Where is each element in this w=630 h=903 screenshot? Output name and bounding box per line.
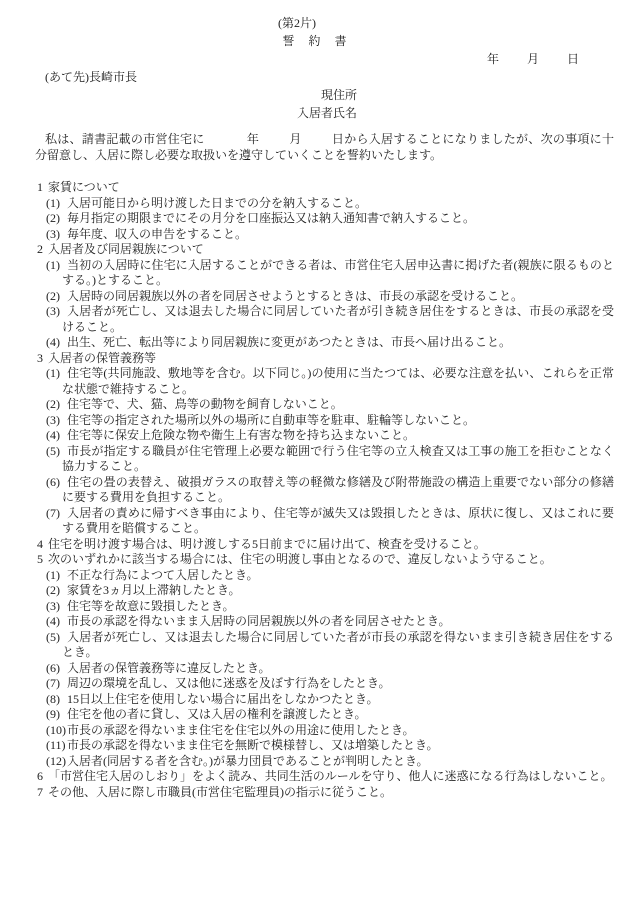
term-subitem-text: 入居者の保管義務等に違反したとき。	[67, 661, 271, 675]
term-subitem-number: (10)	[46, 723, 67, 739]
term-section-heading: 1家賃について	[37, 180, 614, 196]
term-section-number: 6	[37, 769, 48, 785]
term-subitem: (6)入居者の保管義務等に違反したとき。	[46, 661, 614, 677]
term-section-text: その他、入居に際し市職員(市営住宅監理員)の指示に従うこと。	[48, 785, 392, 799]
term-subitem: (11)市長の承認を得ないまま住宅を無断で模様替し、又は増築したとき。	[46, 738, 614, 754]
term-subitem-text: 出生、死亡、転出等により同居親族に変更があつたときは、市長へ届け出ること。	[67, 335, 511, 349]
term-subitem: (8)15日以上住宅を使用しない場合に届出をしなかつたとき。	[46, 692, 614, 708]
terms-list: 1家賃について (1)入居可能日から明け渡した日までの分を納入すること。 (2)…	[0, 180, 630, 800]
date-year-label: 年	[487, 50, 499, 68]
intro-day-label: 日	[332, 132, 345, 146]
current-address-label: 現住所	[0, 86, 357, 104]
term-subitem-number: (1)	[46, 568, 67, 584]
term-subitem-text: 市長の承認を得ないまま入居時の同居親族以外の者を同居させたとき。	[67, 614, 451, 628]
term-subitem-text: 住宅等で、犬、猫、鳥等の動物を飼育しないこと。	[67, 397, 343, 411]
term-subitem-text: 住宅の畳の表替え、破損ガラスの取替え等の軽微な修繕及び附帯施設の構造上重要でない…	[62, 475, 614, 505]
term-subitem-text: 周辺の環境を乱し、又は他に迷惑を及ぼす行為をしたとき。	[67, 676, 391, 690]
term-subitem-text: 毎月指定の期限までにその月分を口座振込又は納入通知書で納入すること。	[67, 211, 475, 225]
term-subitem-number: (3)	[46, 413, 67, 429]
term-subitem: (3)毎年度、収入の申告をすること。	[46, 227, 614, 243]
term-section-number: 1	[37, 180, 48, 196]
intro-paragraph: 私は、請書記載の市営住宅に年月日から入居することになりましたが、次の事項に十分留…	[35, 132, 614, 163]
term-subitem-number: (1)	[46, 258, 67, 274]
term-section-number: 5	[37, 552, 48, 568]
date-month-label: 月	[527, 50, 539, 68]
term-subitem-number: (1)	[46, 196, 67, 212]
term-section-heading: 5次のいずれかに該当する場合には、住宅の明渡し事由となるので、違反しないよう守る…	[37, 552, 614, 568]
term-subitem-number: (3)	[46, 227, 67, 243]
term-subitem: (9)住宅を他の者に貸し、又は入居の権利を譲渡したとき。	[46, 707, 614, 723]
term-subitem-number: (1)	[46, 366, 67, 382]
term-section-number: 2	[37, 242, 48, 258]
term-subitem-text: 入居者が死亡し、又は退去した場合に同居していた者が市長の承認を得ないまま引き続き…	[62, 630, 614, 660]
term-subitem-number: (7)	[46, 676, 67, 692]
term-section-number: 7	[37, 785, 48, 801]
term-subitem: (2)住宅等で、犬、猫、鳥等の動物を飼育しないこと。	[46, 397, 614, 413]
intro-year-label: 年	[247, 132, 260, 146]
term-subitem-text: 家賃を3ヵ月以上滞納したとき。	[67, 583, 241, 597]
term-section-heading: 3入居者の保管義務等	[37, 351, 614, 367]
term-subitem-text: 市長が指定する職員が住宅管理上必要な範囲で行う住宅等の立入検査又は工事の施工を拒…	[62, 444, 614, 474]
term-subitem: (3)住宅等の指定された場所以外の場所に自動車等を駐車、駐輪等しないこと。	[46, 413, 614, 429]
pledge-document-page: (第2片) 誓 約 書 年 月 日 (あて先)長崎市長 現住所 入居者氏名 私は…	[0, 0, 630, 903]
term-subitem-number: (4)	[46, 428, 67, 444]
sheet-number-label: (第2片)	[0, 14, 612, 32]
term-subitem: (4)市長の承認を得ないまま入居時の同居親族以外の者を同居させたとき。	[46, 614, 614, 630]
date-day-label: 日	[567, 50, 579, 68]
term-subitem-text: 入居時の同居親族以外の者を同居させようとするときは、市長の承認を受けること。	[67, 289, 523, 303]
term-subitem-text: 住宅等の指定された場所以外の場所に自動車等を駐車、駐輪等しないこと。	[67, 413, 475, 427]
term-subitem: (6)住宅の畳の表替え、破損ガラスの取替え等の軽微な修繕及び附帯施設の構造上重要…	[46, 475, 614, 506]
term-subitem-number: (5)	[46, 630, 67, 646]
term-section-text: 入居者の保管義務等	[48, 351, 156, 365]
term-section-heading: 2入居者及び同居親族について	[37, 242, 614, 258]
intro-month-label: 月	[289, 132, 302, 146]
term-subitem: (5)入居者が死亡し、又は退去した場合に同居していた者が市長の承認を得ないまま引…	[46, 630, 614, 661]
term-subitem-text: 当初の入居時に住宅に入居することができる者は、市営住宅入居申込書に掲げた者(親族…	[62, 258, 614, 288]
term-subitem-number: (2)	[46, 211, 67, 227]
term-subitem-text: 住宅等に保安上危険な物や衛生上有害な物を持ち込まないこと。	[67, 428, 415, 442]
term-subitem-number: (8)	[46, 692, 67, 708]
term-subitem-text: 入居者(同居する者を含む。)が暴力団員であることが判明したとき。	[67, 754, 429, 768]
term-section-text: 家賃について	[48, 180, 120, 194]
term-subitem: (10)市長の承認を得ないまま住宅を住宅以外の用途に使用したとき。	[46, 723, 614, 739]
resident-name-label: 入居者氏名	[0, 104, 357, 122]
intro-text-before: 私は、請書記載の市営住宅に	[45, 132, 205, 146]
term-subitem: (1)住宅等(共同施設、敷地等を含む。以下同じ。)の使用に当たつては、必要な注意…	[46, 366, 614, 397]
term-subitem-number: (11)	[46, 738, 67, 754]
term-subitem-text: 住宅等(共同施設、敷地等を含む。以下同じ。)の使用に当たつては、必要な注意を払い…	[62, 366, 614, 396]
term-section-heading: 6「市営住宅入居のしおり」をよく読み、共同生活のルールを守り、他人に迷惑になる行…	[37, 769, 614, 785]
term-subitem-text: 市長の承認を得ないまま住宅を無断で模様替し、又は増築したとき。	[67, 738, 439, 752]
term-section-text: 「市営住宅入居のしおり」をよく読み、共同生活のルールを守り、他人に迷惑になる行為…	[48, 769, 612, 783]
date-line: 年 月 日	[0, 50, 579, 68]
term-subitem: (2)家賃を3ヵ月以上滞納したとき。	[46, 583, 614, 599]
term-subitem: (4)出生、死亡、転出等により同居親族に変更があつたときは、市長へ届け出ること。	[46, 335, 614, 351]
term-subitem: (3)入居者が死亡し、又は退去した場合に同居していた者が引き続き居住をするときは…	[46, 304, 614, 335]
term-subitem: (7)入居者の責めに帰すべき事由により、住宅等が滅失又は毀損したときは、原状に復…	[46, 506, 614, 537]
term-subitem: (5)市長が指定する職員が住宅管理上必要な範囲で行う住宅等の立入検査又は工事の施…	[46, 444, 614, 475]
term-subitem-number: (9)	[46, 707, 67, 723]
term-subitem-text: 入居者の責めに帰すべき事由により、住宅等が滅失又は毀損したときは、原状に復し、又…	[62, 506, 614, 536]
term-section-text: 次のいずれかに該当する場合には、住宅の明渡し事由となるので、違反しないよう守るこ…	[48, 552, 552, 566]
document-header: (第2片) 誓 約 書 年 月 日 (あて先)長崎市長 現住所 入居者氏名	[0, 14, 630, 122]
applicant-fields: 現住所 入居者氏名	[0, 86, 357, 122]
term-subitem-text: 住宅等を故意に毀損したとき。	[67, 599, 235, 613]
term-subitem-text: 毎年度、収入の申告をすること。	[67, 227, 247, 241]
term-subitem: (2)入居時の同居親族以外の者を同居させようとするときは、市長の承認を受けること…	[46, 289, 614, 305]
term-subitem-number: (6)	[46, 661, 67, 677]
term-subitem-number: (6)	[46, 475, 67, 491]
addressee-line: (あて先)長崎市長	[45, 68, 630, 86]
term-section-number: 4	[37, 537, 48, 553]
term-subitem-number: (2)	[46, 583, 67, 599]
term-subitem-number: (2)	[46, 397, 67, 413]
term-subitem-text: 不正な行為によつて入居したとき。	[67, 568, 259, 582]
term-subitem-text: 15日以上住宅を使用しない場合に届出をしなかつたとき。	[67, 692, 379, 706]
term-section-text: 入居者及び同居親族について	[48, 242, 204, 256]
term-subitem-text: 住宅を他の者に貸し、又は入居の権利を譲渡したとき。	[67, 707, 367, 721]
term-subitem: (12)入居者(同居する者を含む。)が暴力団員であることが判明したとき。	[46, 754, 614, 770]
term-subitem-number: (5)	[46, 444, 67, 460]
term-subitem: (7)周辺の環境を乱し、又は他に迷惑を及ぼす行為をしたとき。	[46, 676, 614, 692]
term-subitem: (4)住宅等に保安上危険な物や衛生上有害な物を持ち込まないこと。	[46, 428, 614, 444]
term-subitem-text: 入居可能日から明け渡した日までの分を納入すること。	[67, 196, 367, 210]
term-subitem: (1)不正な行為によつて入居したとき。	[46, 568, 614, 584]
document-title: 誓 約 書	[0, 32, 630, 50]
term-subitem-number: (4)	[46, 335, 67, 351]
term-subitem-number: (2)	[46, 289, 67, 305]
term-subitem-text: 市長の承認を得ないまま住宅を住宅以外の用途に使用したとき。	[67, 723, 415, 737]
term-subitem: (1)入居可能日から明け渡した日までの分を納入すること。	[46, 196, 614, 212]
term-subitem: (3)住宅等を故意に毀損したとき。	[46, 599, 614, 615]
term-section-text: 住宅を明け渡す場合は、明け渡しする5日前までに届け出て、検査を受けること。	[48, 537, 486, 551]
term-subitem-number: (3)	[46, 599, 67, 615]
term-subitem: (2)毎月指定の期限までにその月分を口座振込又は納入通知書で納入すること。	[46, 211, 614, 227]
term-subitem-number: (3)	[46, 304, 67, 320]
term-subitem-text: 入居者が死亡し、又は退去した場合に同居していた者が引き続き居住をするときは、市長…	[62, 304, 614, 334]
term-subitem-number: (4)	[46, 614, 67, 630]
term-subitem-number: (12)	[46, 754, 67, 770]
term-subitem-number: (7)	[46, 506, 67, 522]
term-section-heading: 4住宅を明け渡す場合は、明け渡しする5日前までに届け出て、検査を受けること。	[37, 537, 614, 553]
term-section-heading: 7その他、入居に際し市職員(市営住宅監理員)の指示に従うこと。	[37, 785, 614, 801]
term-subitem: (1)当初の入居時に住宅に入居することができる者は、市営住宅入居申込書に掲げた者…	[46, 258, 614, 289]
term-section-number: 3	[37, 351, 48, 367]
